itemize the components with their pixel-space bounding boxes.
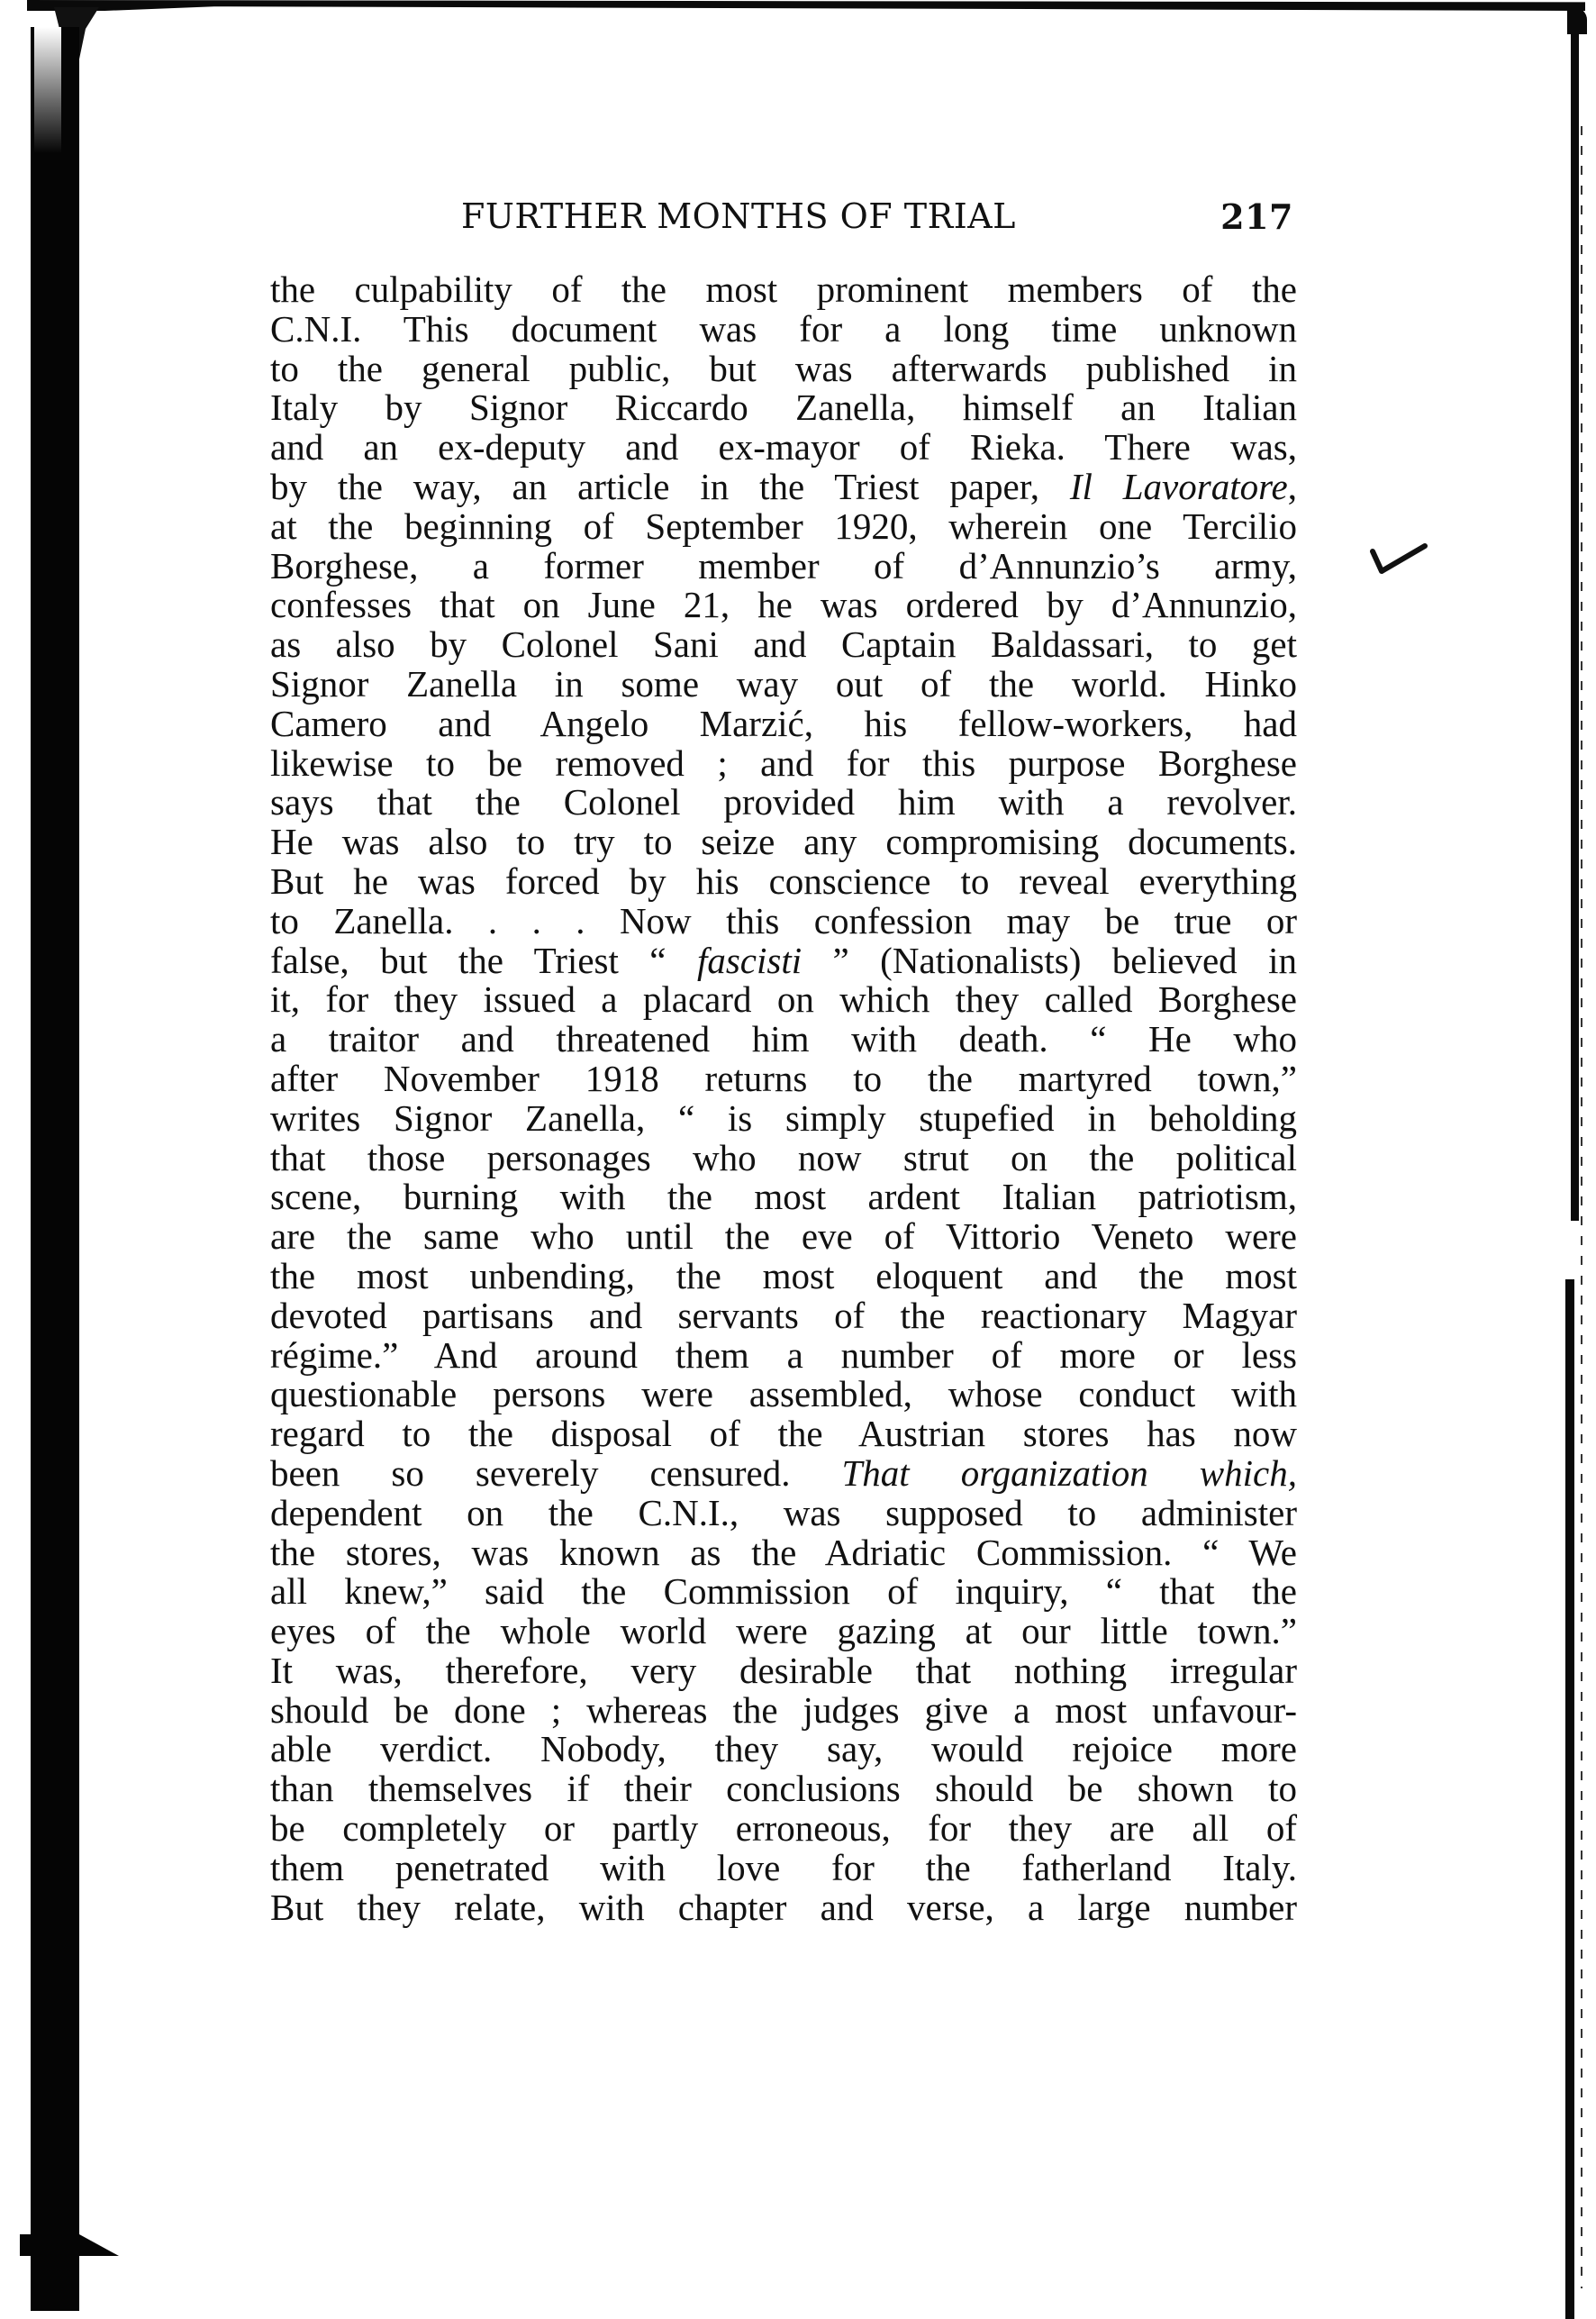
text-line: says that the Colonel provided him with … [270, 783, 1297, 823]
text-line: regard to the disposal of the Austrian s… [270, 1414, 1297, 1454]
body-text: the culpability of the most prominent me… [270, 270, 1297, 1927]
text-line: likewise to be removed ; and for this pu… [270, 744, 1297, 784]
text-line: a traitor and threatened him with death.… [270, 1020, 1297, 1059]
text-line: the stores, was known as the Adriatic Co… [270, 1533, 1297, 1573]
text-line: all knew,” said the Commission of inquir… [270, 1572, 1297, 1612]
text-line: the culpability of the most prominent me… [270, 270, 1297, 310]
text-line: to the general public, but was afterward… [270, 350, 1297, 389]
text-line: scene, burning with the most ardent Ital… [270, 1178, 1297, 1217]
text-line: régime.” And around them a number of mor… [270, 1336, 1297, 1376]
scan-binding-foot [20, 2234, 119, 2256]
text-line: false, but the Triest “ fascisti ” (Nati… [270, 941, 1297, 981]
text-line: Italy by Signor Riccardo Zanella, himsel… [270, 388, 1297, 428]
text-line: should be done ; whereas the judges give… [270, 1691, 1297, 1731]
book-page: FURTHER MONTHS OF TRIAL 217 the culpabil… [0, 0, 1596, 2319]
text-line: are the same who until the eve of Vittor… [270, 1217, 1297, 1257]
text-line: that those personages who now strut on t… [270, 1139, 1297, 1178]
scan-right-edge-dashes [1581, 126, 1582, 2288]
text-line: writes Signor Zanella, “ is simply stupe… [270, 1099, 1297, 1139]
text-line: at the beginning of September 1920, wher… [270, 507, 1297, 547]
text-line: been so severely censured. That organiza… [270, 1454, 1297, 1494]
text-line: But they relate, with chapter and verse,… [270, 1888, 1297, 1928]
text-line: Borghese, a former member of d’Annunzio’… [270, 547, 1297, 587]
text-line: Signor Zanella in some way out of the wo… [270, 665, 1297, 705]
text-line: to Zanella. . . . Now this confession ma… [270, 902, 1297, 941]
text-line: C.N.I. This document was for a long time… [270, 310, 1297, 350]
checkmark-icon [1367, 541, 1430, 581]
scan-binding-shadow [31, 27, 79, 2311]
scan-right-edge [1571, 9, 1579, 1221]
text-line: questionable persons were assembled, who… [270, 1375, 1297, 1414]
text-line: able verdict. Nobody, they say, would re… [270, 1730, 1297, 1769]
running-head: FURTHER MONTHS OF TRIAL 217 [461, 196, 1299, 247]
text-line: the most unbending, the most eloquent an… [270, 1257, 1297, 1296]
text-line: He was also to try to seize any compromi… [270, 823, 1297, 862]
text-line: Camero and Angelo Marzić, his fellow-wor… [270, 705, 1297, 744]
text-line: them penetrated with love for the father… [270, 1849, 1297, 1888]
scan-binding-fade [34, 27, 61, 153]
text-line: But he was forced by his conscience to r… [270, 862, 1297, 902]
text-line: devoted partisans and servants of the re… [270, 1296, 1297, 1336]
text-line: after November 1918 returns to the marty… [270, 1059, 1297, 1099]
page-number: 217 [1220, 196, 1293, 237]
scan-top-edge [27, 0, 1585, 11]
text-line: It was, therefore, very desirable that n… [270, 1651, 1297, 1691]
text-line: by the way, an article in the Triest pap… [270, 468, 1297, 507]
text-line: than themselves if their conclusions sho… [270, 1769, 1297, 1809]
scan-right-edge-lower [1565, 1279, 1574, 2319]
text-line: be completely or partly erroneous, for t… [270, 1809, 1297, 1849]
text-line: dependent on the C.N.I., was supposed to… [270, 1494, 1297, 1533]
text-line: as also by Colonel Sani and Captain Bald… [270, 625, 1297, 665]
text-line: confesses that on June 21, he was ordere… [270, 586, 1297, 625]
text-line: and an ex-deputy and ex-mayor of Rieka. … [270, 428, 1297, 468]
text-line: it, for they issued a placard on which t… [270, 980, 1297, 1020]
running-title: FURTHER MONTHS OF TRIAL [461, 196, 1016, 236]
text-line: eyes of the whole world were gazing at o… [270, 1612, 1297, 1651]
